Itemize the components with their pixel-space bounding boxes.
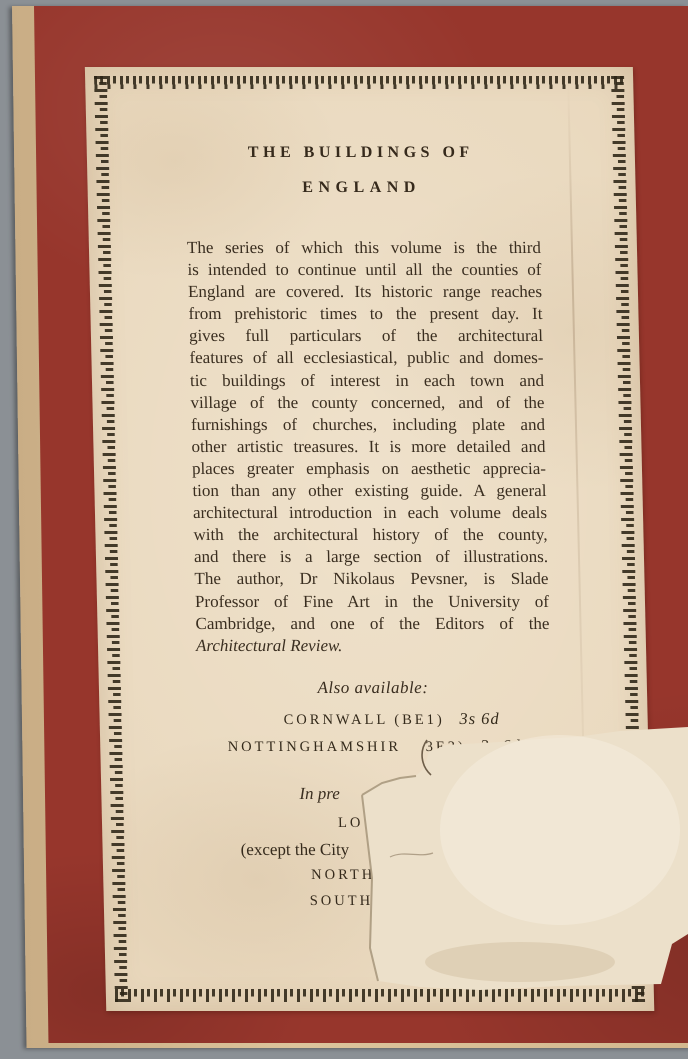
photo-background: THE BUILDINGS OF ENGLAND The series of w…: [0, 0, 688, 1059]
jacket-label: THE BUILDINGS OF ENGLAND The series of w…: [85, 67, 654, 1011]
in-preparation-list: LO(except the CityNORTHSOUTH: [85, 67, 654, 1011]
in-preparation-line: (except the City: [240, 840, 349, 860]
in-preparation-line: SOUTH: [310, 893, 374, 910]
in-preparation-line: NORTH: [311, 867, 375, 884]
in-preparation-line: LO: [338, 815, 364, 832]
book: THE BUILDINGS OF ENGLAND The series of w…: [12, 6, 688, 1048]
